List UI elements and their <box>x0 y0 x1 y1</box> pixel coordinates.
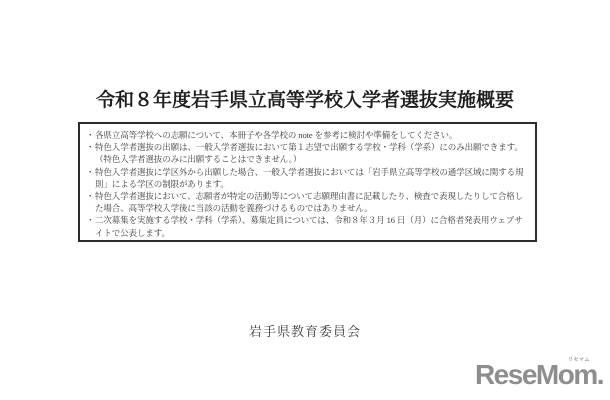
bullet-marker: ・ <box>86 214 95 226</box>
resemom-logo-text: ReseMom. <box>475 361 603 389</box>
note-text: 各県立高等学校への志願について、本冊子や各学校の note を参考に検討や準備を… <box>95 129 457 141</box>
note-line: ・ 各県立高等学校への志願について、本冊子や各学校の note を参考に検討や準… <box>86 129 531 141</box>
bullet-marker: ・ <box>86 129 95 141</box>
note-line: （特色入学者選抜のみに出願することはできません。） <box>86 153 531 165</box>
note-text: 特色入学者選抜において、志願者が特定の活動等について志願理由書に記載したり、検査… <box>95 190 523 202</box>
bullet-marker: ・ <box>86 190 95 202</box>
note-line: 則」による学区の制限があります。 <box>86 178 531 190</box>
notes-box: ・ 各県立高等学校への志願について、本冊子や各学校の note を参考に検討や準… <box>78 122 537 242</box>
note-text: 則」による学区の制限があります。 <box>95 178 229 190</box>
note-text: イトで公表します。 <box>95 227 170 239</box>
resemom-logo: リセマム ReseMom. <box>483 355 603 395</box>
bullet-marker: ・ <box>86 166 95 178</box>
note-line: ・ 特色入学者選抜において、志願者が特定の活動等について志願理由書に記載したり、… <box>86 190 531 202</box>
document-page: { "document": { "title": "令和８年度岩手県立高等学校入… <box>0 0 610 400</box>
note-text: （特色入学者選抜のみに出願することはできません。） <box>95 153 301 165</box>
note-line: ・ 特色入学者選抜の出願は、一般入学者選抜において第１志望で出願する学校・学科（… <box>86 141 531 153</box>
publisher-name: 岩手県教育委員会 <box>0 321 610 340</box>
note-line: た場合、高等学校入学後に当該の活動を義務づけるものではありません。 <box>86 202 531 214</box>
document-title: 令和８年度岩手県立高等学校入学者選抜実施概要 <box>0 85 610 112</box>
note-text: 二次募集を実施する学校・学科（学系）、募集定員については、令和８年３月 16 日… <box>95 214 523 226</box>
bullet-marker: ・ <box>86 141 95 153</box>
note-text: た場合、高等学校入学後に当該の活動を義務づけるものではありません。 <box>95 202 373 214</box>
note-line: イトで公表します。 <box>86 227 531 239</box>
note-line: ・ 特色入学者選抜に学区外から出願した場合、一般入学者選抜においては「岩手県立高… <box>86 166 531 178</box>
note-text: 特色入学者選抜に学区外から出願した場合、一般入学者選抜においては「岩手県立高等学… <box>95 166 523 178</box>
note-line: ・ 二次募集を実施する学校・学科（学系）、募集定員については、令和８年３月 16… <box>86 214 531 226</box>
note-text: 特色入学者選抜の出願は、一般入学者選抜において第１志望で出願する学校・学科（学系… <box>95 141 523 153</box>
